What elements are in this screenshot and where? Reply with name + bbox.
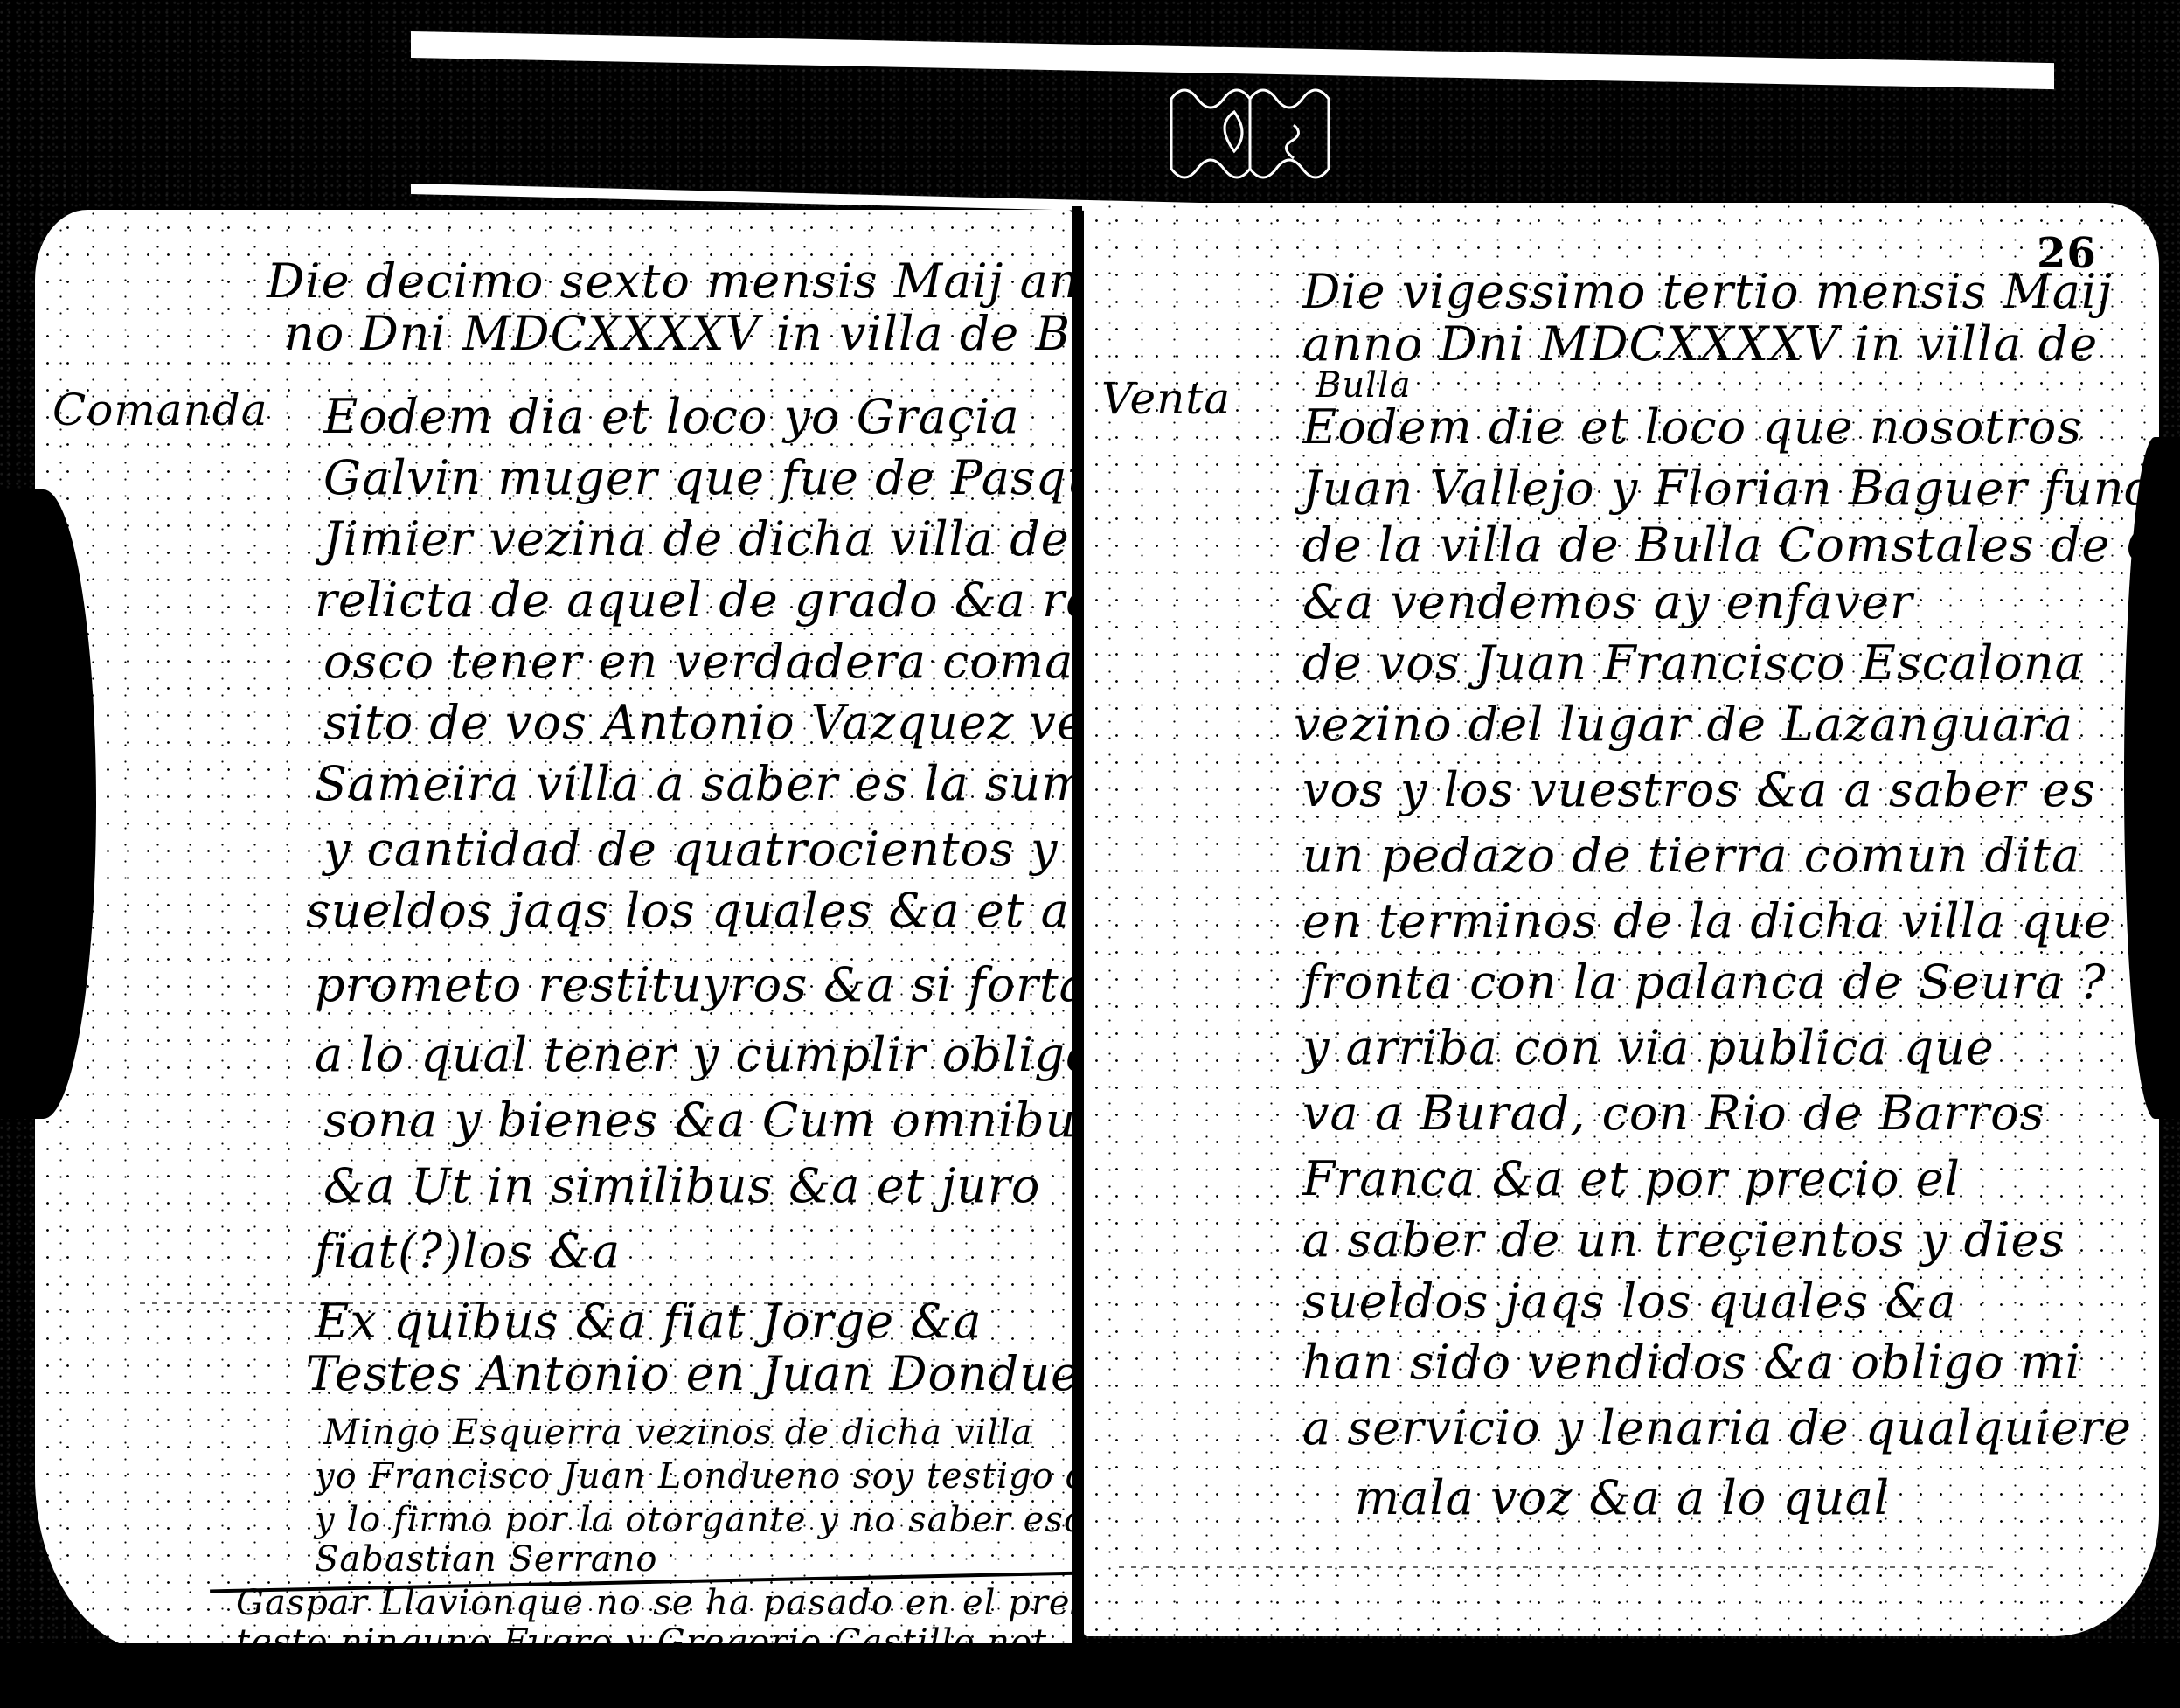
left-body-line: osco tener en verdadera comanda y depo bbox=[323, 634, 1075, 690]
left-body-line: relicta de aquel de grado &a recon bbox=[315, 573, 1075, 628]
left-heading-line-2: no Dni MDCXXXXV in villa de Bulla bbox=[284, 306, 1075, 362]
right-body-line: &a vendemos ay enfaver bbox=[1302, 574, 1913, 630]
left-margin-note: Comanda bbox=[52, 385, 268, 435]
left-body-line: a lo qual tener y cumplir obligo mi per bbox=[315, 1027, 1075, 1083]
scan-bottom-edge bbox=[0, 1643, 2180, 1708]
book-gutter bbox=[1072, 206, 1082, 1657]
left-witness-line: Mingo Esquerra vezinos de dicha villa bbox=[323, 1412, 1033, 1454]
right-page: 26 Venta Die vigessimo tertio mensis Mai… bbox=[1084, 203, 2159, 1636]
left-signature: Sabastian Serrano bbox=[315, 1538, 657, 1580]
right-body-line: Juan Vallejo y Florian Baguer fundos bbox=[1302, 461, 2159, 517]
right-body-line: mala voz &a a lo qual bbox=[1355, 1470, 1890, 1526]
right-margin-note: Venta bbox=[1101, 373, 1231, 424]
left-heading-line-1: Die decimo sexto mensis Maij an bbox=[267, 253, 1075, 309]
left-witness-line: yo Francisco Juan Londueno soy testigo d… bbox=[315, 1455, 1075, 1497]
left-witness-line: y lo firmo por la otorgante y no saber e… bbox=[315, 1499, 1075, 1541]
faint-bleedthrough bbox=[1119, 1566, 1993, 1568]
left-body-line: prometo restituyros &a si fortas &a bbox=[315, 957, 1075, 1013]
microfilm-target-icon bbox=[1163, 81, 1337, 183]
right-body-line: de la villa de Bulla Comstales de Grado bbox=[1302, 517, 2159, 573]
left-page: Comanda Die decimo sexto mensis Maij an … bbox=[35, 210, 1075, 1652]
right-body-line: Franca &a et por precio el bbox=[1302, 1151, 1961, 1207]
right-body-line: Eodem die et loco que nosotros bbox=[1302, 399, 2082, 455]
right-body-line: y arriba con via publica que bbox=[1302, 1020, 1995, 1076]
left-witness-line: Testes Antonio en Juan Dondueno y bbox=[306, 1346, 1075, 1402]
left-body-line: sona y bienes &a Cum omnibus clausulis bbox=[323, 1093, 1075, 1149]
left-body-line: sito de vos Antonio Vazquez vezino de bbox=[323, 695, 1075, 751]
right-body-line: fronta con la palanca de Seura ? bbox=[1302, 955, 2107, 1010]
left-body-line: fiat(?)los &a bbox=[315, 1224, 621, 1280]
left-body-line: sueldos jaqs los quales &a et aquellos bbox=[306, 883, 1075, 939]
right-body-line: vos y los vuestros &a a saber es bbox=[1302, 762, 2096, 818]
left-footer-line: Gaspar Llavionque no se ha pasado en el … bbox=[236, 1582, 1075, 1624]
left-body-line: Eodem dia et loco yo Graçia bbox=[323, 389, 1020, 445]
right-body-line: sueldos jaqs los quales &a bbox=[1302, 1274, 1957, 1330]
right-heading-line-1: Die vigessimo tertio mensis Maij bbox=[1302, 264, 2113, 320]
right-body-line: un pedazo de tierra comun dita bbox=[1302, 828, 2080, 884]
right-body-line: va a Burad, con Rio de Barros bbox=[1302, 1086, 2045, 1142]
right-body-line: a saber de un treçientos y dies bbox=[1302, 1212, 2065, 1268]
right-heading-line-2: anno Dni MDCXXXXV in villa de bbox=[1302, 316, 2098, 372]
left-body-line: Jimier vezina de dicha villa de Bul bbox=[323, 511, 1075, 567]
left-body-line: &a Ut in similibus &a et juro bbox=[323, 1158, 1040, 1214]
right-body-line: de vos Juan Francisco Escalona bbox=[1302, 635, 2084, 691]
left-witness-line: Ex quibus &a fiat Jorge &a bbox=[315, 1294, 982, 1350]
left-body-line: Sameira villa a saber es la suma bbox=[315, 756, 1075, 812]
binding-shadow-right bbox=[2124, 437, 2180, 1119]
left-body-line: Galvin muger que fue de Pasqual bbox=[323, 450, 1075, 506]
right-body-line: en terminos de la dicha villa que con bbox=[1302, 893, 2159, 949]
left-body-line: y cantidad de quatrocientos y cinq bbox=[323, 822, 1075, 878]
right-body-line: han sido vendidos &a obligo mi bbox=[1302, 1335, 2081, 1391]
right-body-line: a servicio y lenaria de qualquiere bbox=[1302, 1400, 2132, 1456]
right-body-line: vezino del lugar de Lazanguara bbox=[1294, 697, 2073, 753]
